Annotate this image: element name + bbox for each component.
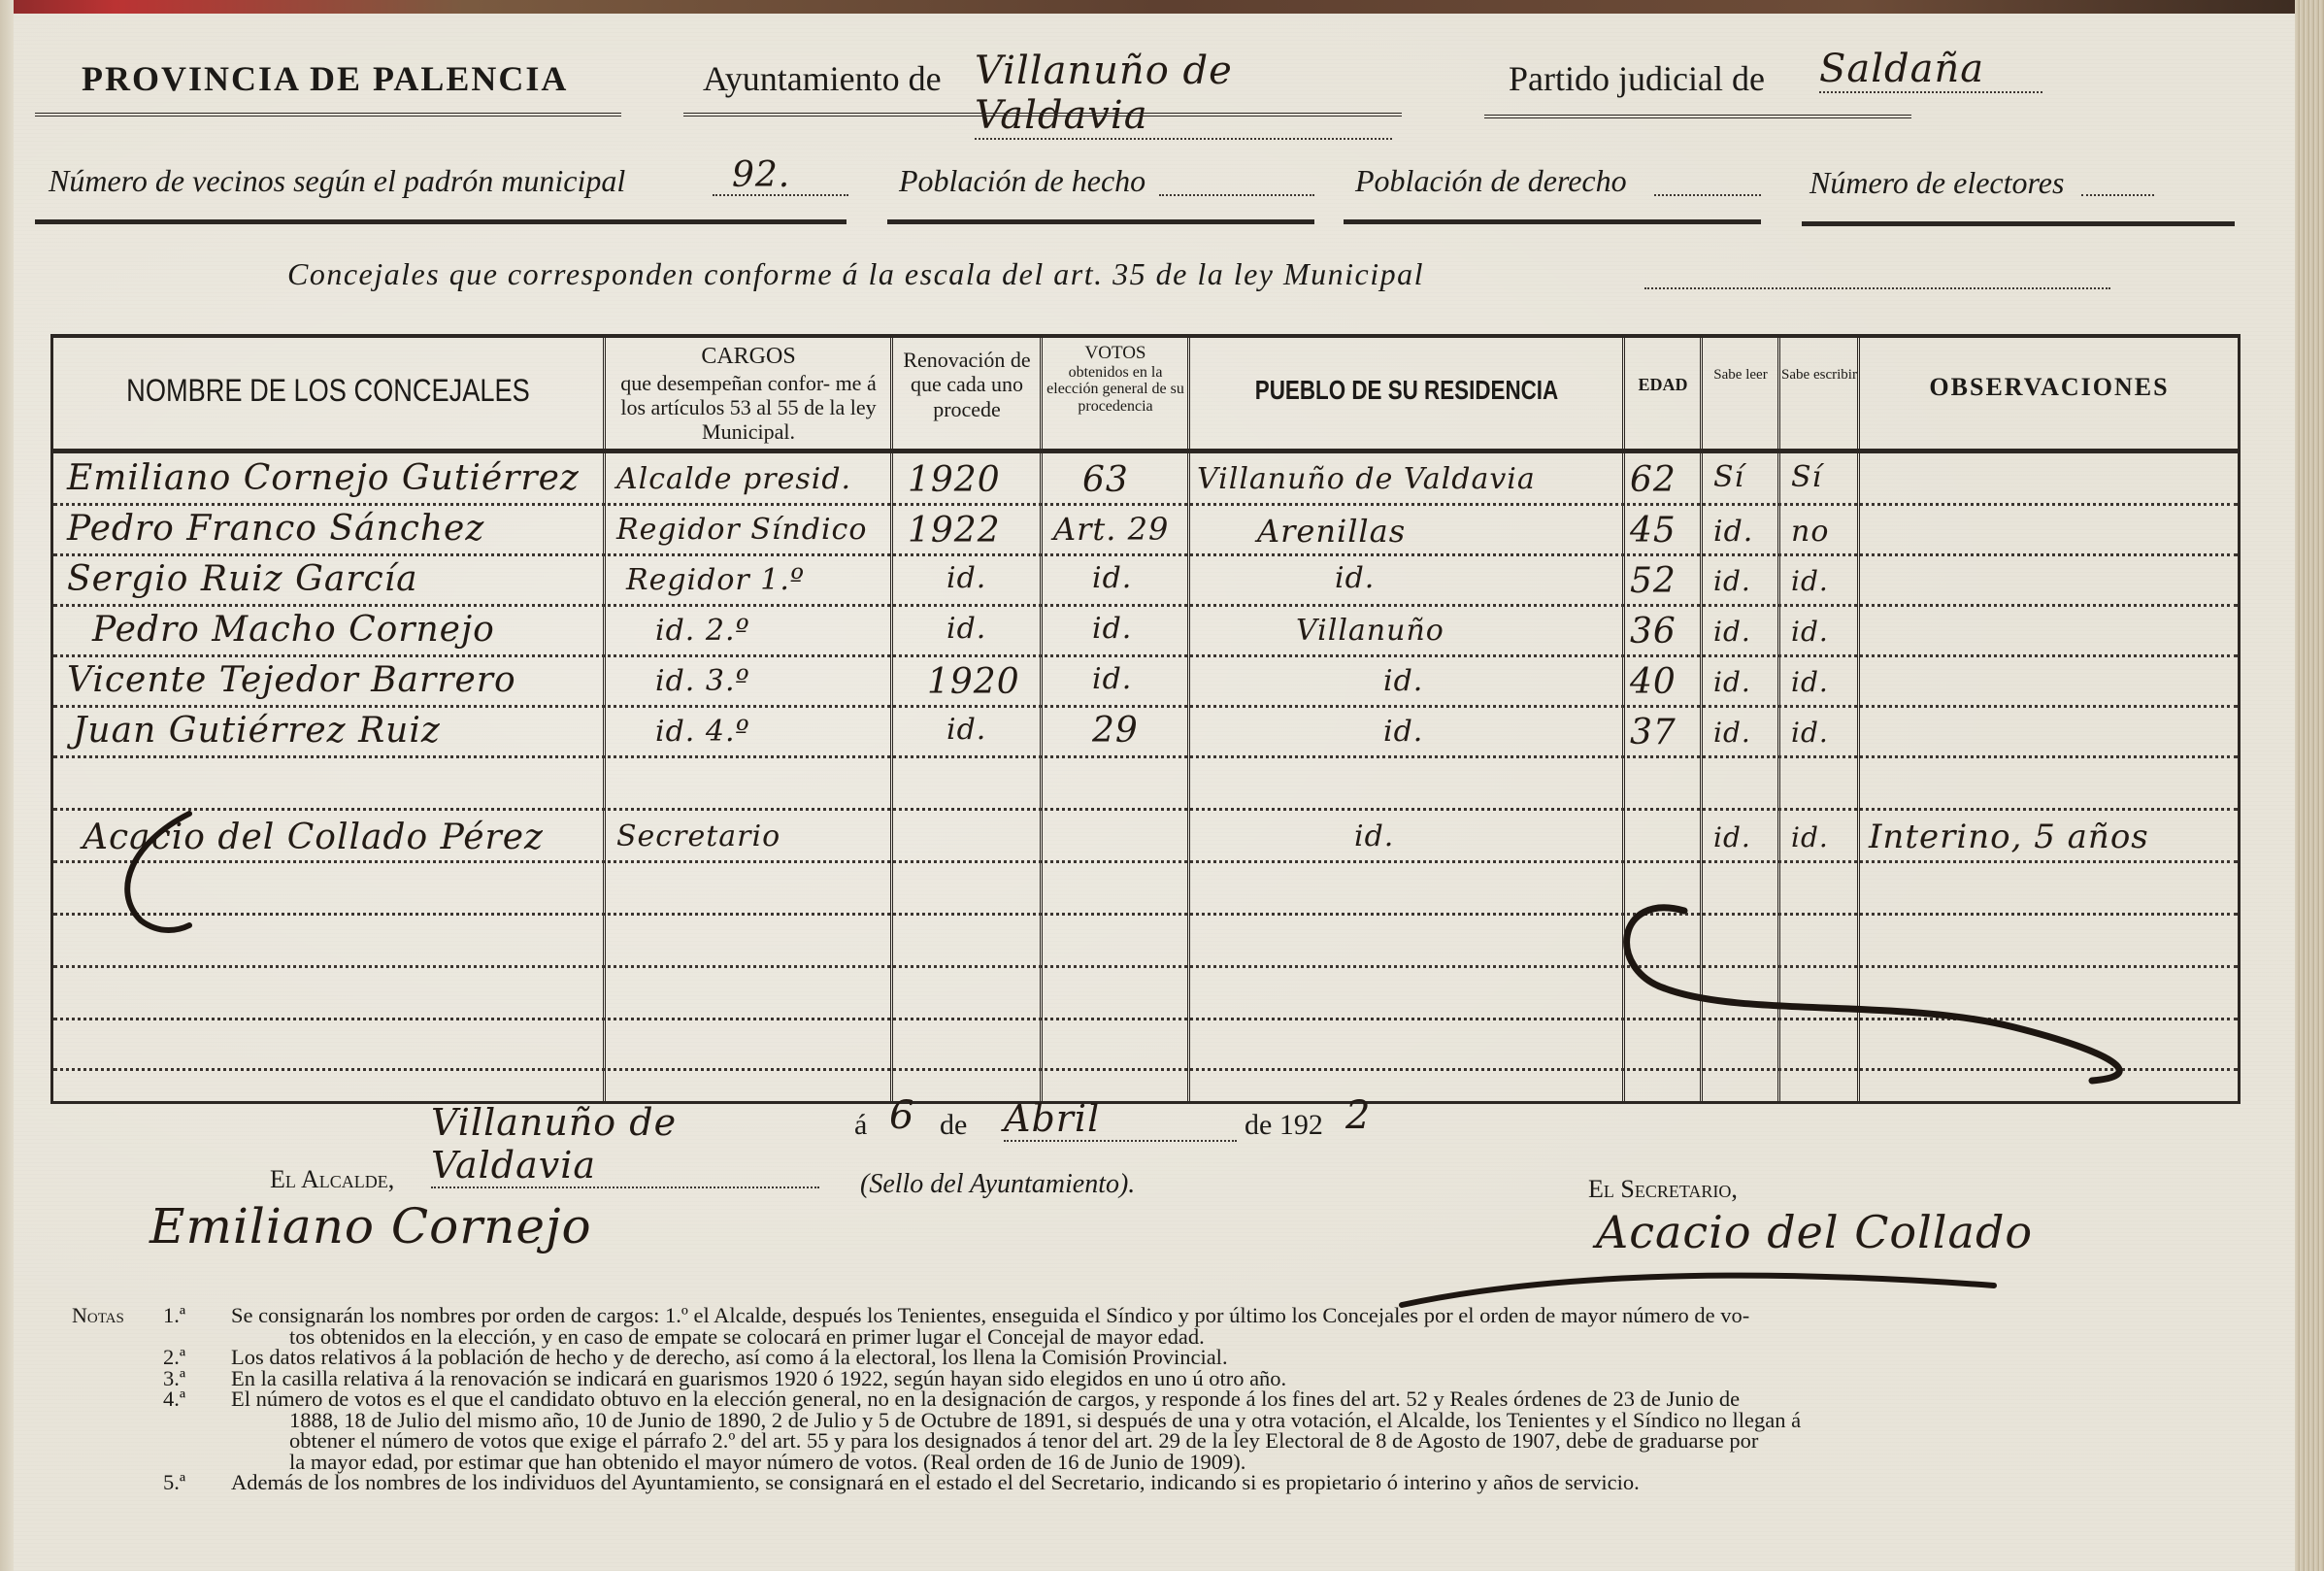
- note-number: 2.ª: [163, 1347, 231, 1368]
- poblacion-hecho-label: Población de hecho: [899, 163, 1145, 199]
- row-rule: [53, 808, 2238, 811]
- alcalde-signature: Emiliano Cornejo: [149, 1198, 592, 1254]
- cell-leer: id.: [1713, 515, 1753, 549]
- notes-title: Notas: [72, 1305, 124, 1326]
- cell-nombre: Emiliano Cornejo Gutiérrez: [67, 458, 580, 498]
- header-cargos: CARGOS que desempeñan confor- me á los a…: [607, 344, 890, 444]
- cell-renovacion: id.: [946, 713, 986, 747]
- header-cargos-title: CARGOS: [607, 344, 890, 371]
- province-title: PROVINCIA DE PALENCIA: [82, 58, 568, 99]
- partido-label: Partido judicial de: [1509, 58, 1765, 99]
- poblacion-derecho-label: Población de derecho: [1355, 163, 1627, 199]
- note-item: 5.ª Además de los nombres de los individ…: [163, 1472, 2270, 1493]
- divider: [1802, 221, 2235, 226]
- secretario-label: El Secretario,: [1588, 1175, 1738, 1204]
- cell-pueblo: id.: [1335, 561, 1375, 595]
- divider: [1484, 115, 1911, 118]
- cell-nombre: Sergio Ruiz García: [67, 559, 418, 599]
- cell-edad: 40: [1630, 662, 1677, 702]
- header-renovacion: Renovación de que cada uno procede: [894, 344, 1040, 421]
- flourish-stroke: [1607, 891, 2208, 1086]
- page-stack-edge: [2295, 0, 2324, 1571]
- divider: [887, 219, 1314, 224]
- flourish-stroke: [73, 804, 267, 940]
- ayuntamiento-value: Villanuño de Valdavia: [975, 49, 1392, 140]
- electores-label: Número de electores: [1809, 165, 2064, 201]
- cell-leer-secretario: id.: [1713, 821, 1751, 853]
- cell-votos: Art. 29: [1053, 511, 1169, 548]
- note-number: 4.ª: [163, 1388, 231, 1472]
- cell-cargo: Regidor Síndico: [616, 513, 867, 547]
- cell-pueblo: Villanuño: [1296, 614, 1444, 648]
- cell-cargo: Alcalde presid.: [616, 462, 851, 496]
- cell-escribir: id.: [1791, 717, 1829, 749]
- divider: [1344, 219, 1761, 224]
- cell-nombre: Pedro Macho Cornejo: [92, 610, 495, 650]
- cell-pueblo: id.: [1383, 664, 1423, 698]
- cell-votos: id.: [1092, 561, 1132, 595]
- header-votos: VOTOS obtenidos en la elección general d…: [1044, 344, 1187, 416]
- note-item: 4.ª El número de votos es el que el cand…: [163, 1388, 2270, 1472]
- cell-escribir: Sí: [1791, 460, 1822, 494]
- note-number: 1.ª: [163, 1305, 231, 1347]
- row-rule: [53, 604, 2238, 607]
- footer-a-label: á: [854, 1109, 867, 1142]
- note-line: Se consignarán los nombres por orden de …: [231, 1305, 2270, 1326]
- row-rule: [53, 553, 2238, 556]
- row-rule: [53, 860, 2238, 863]
- header-votos-sub: obtenidos en la elección general de su p…: [1044, 364, 1187, 416]
- header-pueblo: PUEBLO DE SU RESIDENCIA: [1234, 375, 1578, 406]
- poblacion-derecho-value: [1654, 194, 1761, 196]
- row-rule: [53, 755, 2238, 758]
- cell-edad: 37: [1630, 713, 1677, 752]
- cell-votos: id.: [1092, 662, 1132, 696]
- concejales-table: NOMBRE DE LOS CONCEJALES CARGOS que dese…: [50, 334, 2241, 1104]
- cell-pueblo: id.: [1383, 715, 1423, 749]
- note-line: En la casilla relativa á la renovación s…: [231, 1368, 2270, 1389]
- cell-escribir: id.: [1791, 666, 1829, 698]
- note-line: Los datos relativos á la población de he…: [231, 1347, 2270, 1368]
- cell-edad: 52: [1630, 561, 1677, 601]
- cell-cargo: Regidor 1.º: [626, 563, 805, 597]
- cell-renovacion: 1922: [908, 511, 1001, 551]
- header-votos-title: VOTOS: [1044, 344, 1187, 364]
- note-line: tos obtenidos en la elección, y en caso …: [231, 1326, 2270, 1348]
- note-line: Además de los nombres de los individuos …: [231, 1472, 2270, 1493]
- cell-escribir: no: [1791, 515, 1829, 549]
- cell-leer: id.: [1713, 565, 1751, 597]
- note-item: 1.ª Se consignarán los nombres por orden…: [163, 1305, 2270, 1347]
- note-line: El número de votos es el que el candidat…: [231, 1388, 2270, 1410]
- cell-votos: id.: [1092, 612, 1132, 646]
- concejales-value: [1644, 287, 2110, 289]
- header-leer: Sabe leer: [1704, 367, 1777, 384]
- alcalde-label: El Alcalde,: [270, 1165, 394, 1194]
- note-line: la mayor edad, por estimar que han obten…: [231, 1452, 2270, 1473]
- concejales-label: Concejales que corresponden conforme á l…: [287, 256, 1424, 292]
- cell-cargo: id. 3.º: [655, 664, 750, 698]
- cell-renovacion: id.: [946, 561, 986, 595]
- footer-de-label: de: [940, 1109, 967, 1142]
- note-item: 2.ª Los datos relativos á la población d…: [163, 1347, 2270, 1368]
- header-nombre: NOMBRE DE LOS CONCEJALES: [94, 373, 561, 409]
- footer-year-suffix: 2: [1345, 1093, 1371, 1138]
- note-number: 3.ª: [163, 1368, 231, 1389]
- header-rule: [53, 449, 2238, 453]
- row-rule: [53, 705, 2238, 708]
- sello-label: (Sello del Ayuntamiento).: [860, 1169, 1135, 1200]
- divider: [683, 113, 1402, 117]
- footer-day: 6: [889, 1093, 914, 1138]
- cell-leer: id.: [1713, 616, 1751, 648]
- row-rule: [53, 503, 2238, 506]
- cell-leer: id.: [1713, 717, 1751, 749]
- electores-value: [2081, 194, 2154, 196]
- page-gutter: [0, 0, 14, 1571]
- cell-votos: 63: [1082, 460, 1129, 500]
- cell-leer: id.: [1713, 666, 1751, 698]
- ayuntamiento-label: Ayuntamiento de: [703, 58, 942, 99]
- partido-value: Saldaña: [1819, 47, 2042, 93]
- cell-edad: 36: [1630, 612, 1677, 652]
- header-escribir: Sabe escribir: [1781, 367, 1857, 384]
- cell-cargo: id. 4.º: [655, 715, 750, 749]
- cell-pueblo: Villanuño de Valdavia: [1197, 462, 1536, 496]
- cell-cargo-secretario: Secretario: [616, 819, 780, 853]
- cell-votos: 29: [1092, 711, 1139, 751]
- cell-pueblo: Arenillas: [1257, 513, 1406, 550]
- cell-escribir: id.: [1791, 565, 1829, 597]
- note-line: obtener el número de votos que exige el …: [231, 1430, 2270, 1452]
- cell-nombre: Juan Gutiérrez Ruiz: [73, 711, 441, 751]
- note-number: 5.ª: [163, 1472, 231, 1493]
- document-page: PROVINCIA DE PALENCIA Ayuntamiento de Vi…: [14, 14, 2295, 1571]
- header-edad: EDAD: [1626, 375, 1700, 395]
- divider: [35, 113, 621, 117]
- row-rule: [53, 654, 2238, 657]
- header-cargos-sub: que desempeñan confor- me á los artículo…: [607, 371, 890, 445]
- cell-observaciones-secretario: Interino, 5 años: [1869, 818, 2149, 856]
- vecinos-label: Número de vecinos según el padrón munici…: [49, 163, 625, 199]
- footer-place: Villanuño de Valdavia: [431, 1101, 819, 1188]
- footer-month: Abril: [1004, 1097, 1237, 1142]
- cell-renovacion: 1920: [927, 662, 1020, 702]
- divider: [35, 219, 847, 224]
- cell-edad: 62: [1630, 460, 1677, 500]
- cell-pueblo-secretario: id.: [1354, 819, 1394, 853]
- cell-edad: 45: [1630, 511, 1677, 551]
- footer-year-prefix: de 192: [1245, 1109, 1323, 1142]
- cell-escribir: id.: [1791, 616, 1829, 648]
- cell-escribir-secretario: id.: [1791, 821, 1829, 853]
- note-line: 1888, 18 de Julio del mismo año, 10 de J…: [231, 1410, 2270, 1431]
- vecinos-value: 92.: [732, 155, 790, 195]
- cell-nombre: Vicente Tejedor Barrero: [67, 660, 516, 700]
- note-item: 3.ª En la casilla relativa á la renovaci…: [163, 1368, 2270, 1389]
- cell-renovacion: 1920: [908, 460, 1001, 500]
- notes-section: Notas 1.ª Se consignarán los nombres por…: [95, 1305, 2270, 1493]
- cell-renovacion: id.: [946, 612, 986, 646]
- header-observaciones: OBSERVACIONES: [1861, 373, 2238, 402]
- cell-cargo: id. 2.º: [655, 614, 750, 648]
- cell-leer: Sí: [1713, 460, 1744, 494]
- cell-nombre: Pedro Franco Sánchez: [67, 509, 484, 549]
- poblacion-hecho-value: [1159, 194, 1314, 196]
